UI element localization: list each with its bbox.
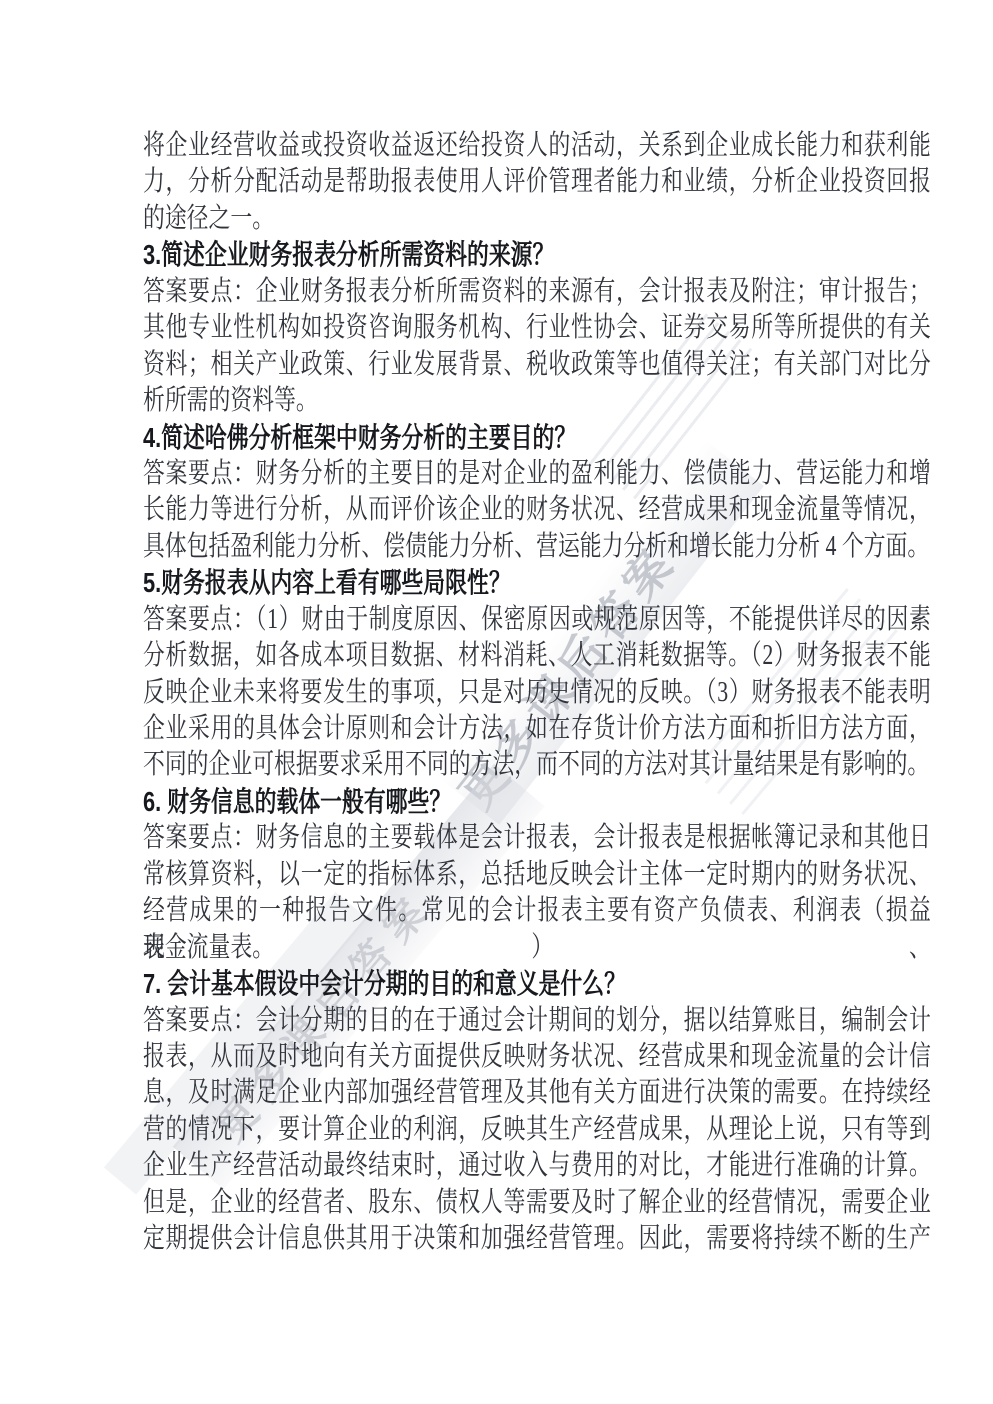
question-heading: 4.简述哈佛分析框架中财务分析的主要目的？ — [143, 420, 931, 456]
text-line: 企业采用的具体会计原则和会计方法，如在存货计价方法方面和折旧方法方面， — [143, 711, 931, 747]
question-heading: 6. 财务信息的载体一般有哪些？ — [143, 784, 931, 820]
text-line: 企业生产经营活动最终结束时，通过收入与费用的对比，才能进行准确的计算。 — [143, 1148, 931, 1184]
text-line: 具体包括盈利能力分析、偿债能力分析、营运能力分析和增长能力分析 4 个方面。 — [143, 529, 931, 565]
text-line: 其他专业性机构如投资咨询服务机构、行业性协会、证券交易所等所提供的有关 — [143, 310, 931, 346]
text-line: 经营成果的一种报告文件。常见的会计报表主要有资产负债表、利润表（损益表）、 — [143, 893, 931, 929]
text-line: 长能力等进行分析，从而评价该企业的财务状况、经营成果和现金流量等情况， — [143, 492, 931, 528]
question-heading: 3.简述企业财务报表分析所需资料的来源？ — [143, 237, 931, 273]
question-heading: 7. 会计基本假设中会计分期的目的和意义是什么？ — [143, 966, 931, 1002]
text-line: 不同的企业可根据要求采用不同的方法，而不同的方法对其计量结果是有影响的。 — [143, 747, 931, 783]
text-line: 定期提供会计信息供其用于决策和加强经营管理。因此，需要将持续不断的生产 — [143, 1221, 931, 1257]
text-line: 常核算资料，以一定的指标体系，总括地反映会计主体一定时期内的财务状况、 — [143, 857, 931, 893]
text-line: 答案要点：财务信息的主要载体是会计报表，会计报表是根据帐簿记录和其他日 — [143, 820, 931, 856]
text-block: 将企业经营收益或投资收益返还给投资人的活动，关系到企业成长能力和获利能 力，分析… — [143, 128, 931, 1258]
text-line: 答案要点：财务分析的主要目的是对企业的盈利能力、偿债能力、营运能力和增 — [143, 456, 931, 492]
text-line: 反映企业未来将要发生的事项，只是对历史情况的反映。（3）财务报表不能表明 — [143, 675, 931, 711]
text-line: 资料；相关产业政策、行业发展背景、税收政策等也值得关注；有关部门对比分 — [143, 347, 931, 383]
text-line: 答案要点：企业财务报表分析所需资料的来源有，会计报表及附注；审计报告； — [143, 274, 931, 310]
text-line: 分析数据，如各成本项目数据、材料消耗、人工消耗数据等。（2）财务报表不能 — [143, 638, 931, 674]
question-heading: 5.财务报表从内容上看有哪些局限性？ — [143, 565, 931, 601]
scanned-document-page: { "page": { "background_color": "#ffffff… — [0, 0, 993, 1404]
text-line: 力，分析分配活动是帮助报表使用人评价管理者能力和业绩，分析企业投资回报 — [143, 164, 931, 200]
text-line: 报表，从而及时地向有关方面提供反映财务状况、经营成果和现金流量的会计信 — [143, 1039, 931, 1075]
text-line: 析所需的资料等。 — [143, 383, 931, 419]
text-line: 营的情况下，要计算企业的利润，反映其生产经营成果，从理论上说，只有等到 — [143, 1112, 931, 1148]
text-line: 答案要点：会计分期的目的在于通过会计期间的划分，据以结算账目，编制会计 — [143, 1003, 931, 1039]
text-line: 但是，企业的经营者、股东、债权人等需要及时了解企业的经营情况，需要企业 — [143, 1185, 931, 1221]
text-line: 答案要点：（1）财由于制度原因、保密原因或规范原因等，不能提供详尽的因素 — [143, 602, 931, 638]
text-line: 息，及时满足企业内部加强经营管理及其他有关方面进行决策的需要。在持续经 — [143, 1075, 931, 1111]
text-line: 的途径之一。 — [143, 201, 931, 237]
text-line: 将企业经营收益或投资收益返还给投资人的活动，关系到企业成长能力和获利能 — [143, 128, 931, 164]
